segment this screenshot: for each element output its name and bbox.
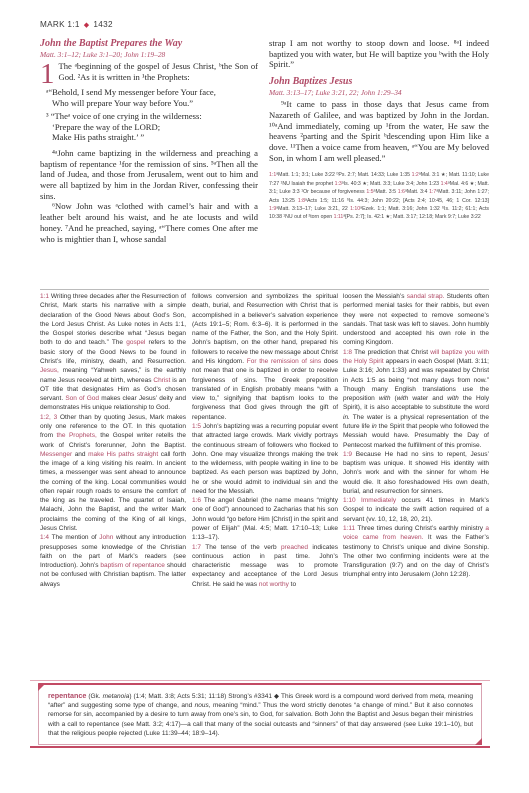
verse-ref: 1:1 — [40, 293, 49, 300]
text: Students often performed menial tasks fo… — [343, 293, 489, 346]
verse-6-7: ⁶Now John was ᵃclothed with camel’s hair… — [40, 201, 258, 244]
xref-key: 1:5 — [366, 189, 373, 195]
xref-text: ᵃActs 1:5; 11:16 ᵇIs. 44:3; John 20:22; … — [305, 198, 489, 204]
highlighted-phrase: Son of God — [65, 395, 99, 402]
verse-ref: 1:7 — [192, 544, 201, 551]
highlighted-phrase: make His paths straight — [88, 451, 158, 458]
highlighted-phrase: the Prophets, — [56, 432, 96, 439]
text: The mention of — [49, 534, 99, 541]
xref-key: 1:4 — [441, 181, 448, 187]
box-top-rule — [30, 680, 490, 681]
text: call forth the image of a king visiting … — [40, 451, 186, 532]
xref-key: 1:6 — [398, 189, 405, 195]
verse-ref: 1:9 — [343, 451, 352, 458]
commentary-note: 1:1 Writing three decades after the Resu… — [40, 292, 186, 413]
text: water and — [408, 395, 447, 402]
text: to — [289, 581, 296, 588]
corner-triangle-icon — [38, 684, 45, 691]
highlighted-phrase: Immediately — [361, 497, 396, 504]
highlighted-phrase: baptism of repentance — [100, 562, 165, 569]
commentary-note: 1:4 The mention of John without any intr… — [40, 533, 186, 589]
verse-9-11: ⁹ᵃIt came to pass in those days that Jes… — [269, 99, 489, 163]
italic-word: with — [379, 395, 391, 402]
poem-line: ‘Prepare the way of the LORD; — [46, 122, 258, 133]
xref-key: 1:10 — [350, 206, 360, 212]
italic-word: nous, — [195, 702, 211, 709]
xref-key: 1:11 — [334, 214, 344, 220]
text: The prediction that Christ — [352, 349, 430, 356]
verse-ref: 1:2, 3 — [40, 414, 57, 421]
poem-line: Who will prepare Your way before You.” — [46, 98, 258, 109]
xref-text: ᵃMatt. 3:13–17; Luke 3:21, 22 — [276, 206, 350, 212]
commentary-note: 1:8 The prediction that Christ will bapt… — [343, 348, 489, 450]
verse-ref: 1:6 — [192, 497, 201, 504]
xref-key: 1:3 — [335, 181, 342, 187]
highlighted-phrase: John — [99, 534, 113, 541]
commentary-column-3: loosen the Messiah’s sandal strap. Stude… — [343, 292, 489, 580]
word-study-text: (Gk. metanoia) (1:4; Matt. 3:8; Acts 5:3… — [48, 693, 473, 737]
highlighted-phrase: gospel — [126, 339, 145, 346]
divider — [40, 289, 489, 290]
commentary-note: 1:2, 3 Other than by quoting Jesus, Mark… — [40, 413, 186, 534]
cross-references: 1:1ᵃMatt. 1:1; 3:1; Luke 3:22 ᵇPs. 2:7; … — [269, 171, 489, 221]
text: Because He had no sins to repent, Jesus’… — [343, 451, 489, 495]
word-study-term: repentance — [48, 691, 86, 700]
text: ) (1:4; Matt. 3:8; Acts 5:31; 11:18) Str… — [129, 693, 430, 700]
verse-ref: 1:10 — [343, 497, 356, 504]
word-study-box: repentance (Gk. metanoia) (1:4; Matt. 3:… — [38, 683, 482, 745]
diamond-icon: ◆ — [84, 22, 90, 29]
box-bottom-rule — [30, 746, 490, 748]
highlighted-phrase: preached — [281, 544, 308, 551]
xref-key: 1:8 — [298, 198, 305, 204]
poem-line: Make His paths straight.’ ” — [46, 132, 258, 143]
page-number: 1432 — [93, 20, 112, 29]
corner-triangle-icon — [475, 738, 482, 745]
text: and — [72, 451, 88, 458]
italic-word: meta, — [430, 693, 446, 700]
text: follows conversion and symbolizes the sp… — [192, 293, 338, 365]
verse-ref: 1:5 — [192, 423, 201, 430]
italic-word: metanoia — [103, 693, 130, 700]
page-header: MARK 1:1◆1432 — [40, 20, 113, 29]
text: (Gk. — [86, 693, 102, 700]
commentary-note: 1:6 The angel Gabriel (the name means “m… — [192, 496, 338, 542]
verse-7-8: strap I am not worthy to stoop down and … — [269, 38, 489, 70]
prophecy-quote: ᵃ“Behold, I send My messenger before You… — [46, 87, 258, 143]
bible-page: MARK 1:1◆1432 John the Baptist Prepares … — [0, 0, 529, 793]
commentary-note: follows conversion and symbolizes the sp… — [192, 292, 338, 422]
highlighted-phrase: sandal strap. — [407, 293, 445, 300]
book-reference: MARK 1:1 — [40, 20, 80, 29]
verse-ref: 1:8 — [343, 349, 352, 356]
text: The tense of the verb — [201, 544, 281, 551]
section-parallels: Matt. 3:1–12; Luke 3:1–20; John 1:19–28 — [40, 50, 258, 59]
highlighted-phrase: not worthy — [259, 581, 289, 588]
commentary-note: 1:11 Three times during Christ’s earthly… — [343, 524, 489, 580]
highlighted-phrase: Christ — [153, 377, 170, 384]
italic-word: with — [447, 395, 459, 402]
xref-text: ᵃIs. 40:3 ★; Matt. 3:3; Luke 3:4; John 1… — [342, 181, 441, 187]
verse-text: The ᵃbeginning of the gospel of Jesus Ch… — [59, 61, 259, 82]
xref-key: 1:2 — [412, 172, 419, 178]
xref-text: ᵃMatt. 3:4 — [405, 189, 429, 195]
verse-4-5: ⁴ᵃJohn came baptizing in the wilderness … — [40, 148, 258, 202]
italic-word: in. — [343, 414, 350, 421]
commentary-column-1: 1:1 Writing three decades after the Resu… — [40, 292, 186, 589]
poem-line: ᵃ“Behold, I send My messenger before You… — [46, 87, 258, 98]
text: Three times during Christ’s earthly mini… — [355, 525, 485, 532]
verse-1-2: 1 The ᵃbeginning of the gospel of Jesus … — [40, 61, 258, 82]
text: The angel Gabriel (the name means “might… — [192, 497, 338, 541]
highlighted-phrase: Jesus, — [40, 367, 59, 374]
commentary-note: 1:9 Because He had no sins to repent, Je… — [343, 450, 489, 496]
verse-ref: 1:4 — [40, 534, 49, 541]
xref-text: ᵃ[Ps. 2:7]; Is. 42:1 ★; Matt. 3:17; 12:1… — [343, 214, 481, 220]
section-title: John the Baptist Prepares the Way — [40, 38, 258, 49]
scripture-column-left: John the Baptist Prepares the Way Matt. … — [40, 38, 258, 244]
highlighted-phrase: For the remission of sins — [247, 358, 321, 365]
text: John’s baptizing was a recurring popular… — [192, 423, 338, 495]
text: loosen the Messiah’s — [343, 293, 407, 300]
poem-line: ³ “Theᵃ voice of one crying in the wilde… — [46, 111, 258, 122]
chapter-number: 1 — [40, 62, 55, 86]
highlighted-phrase: Messenger — [40, 451, 72, 458]
xref-text: ᵃMatt. 1:1; 3:1; Luke 3:22 ᵇPs. 2:7; Mat… — [276, 172, 411, 178]
commentary-note: loosen the Messiah’s sandal strap. Stude… — [343, 292, 489, 348]
section-title: John Baptizes Jesus — [269, 76, 489, 87]
commentary-note: 1:5 John’s baptizing was a recurring pop… — [192, 422, 338, 496]
commentary-note: 1:10 Immediately occurs 41 times in Mark… — [343, 496, 489, 524]
verse-ref: 1:11 — [343, 525, 355, 532]
commentary-note: 1:7 The tense of the verb preached indic… — [192, 543, 338, 589]
scripture-column-right: strap I am not worthy to stoop down and … — [269, 38, 489, 222]
section-parallels: Matt. 3:13–17; Luke 3:21, 22; John 1:29–… — [269, 88, 489, 97]
commentary-column-2: follows conversion and symbolizes the sp… — [192, 292, 338, 589]
italic-word: with — [397, 395, 409, 402]
xref-text: ᵃMatt. 3:5 — [374, 189, 398, 195]
